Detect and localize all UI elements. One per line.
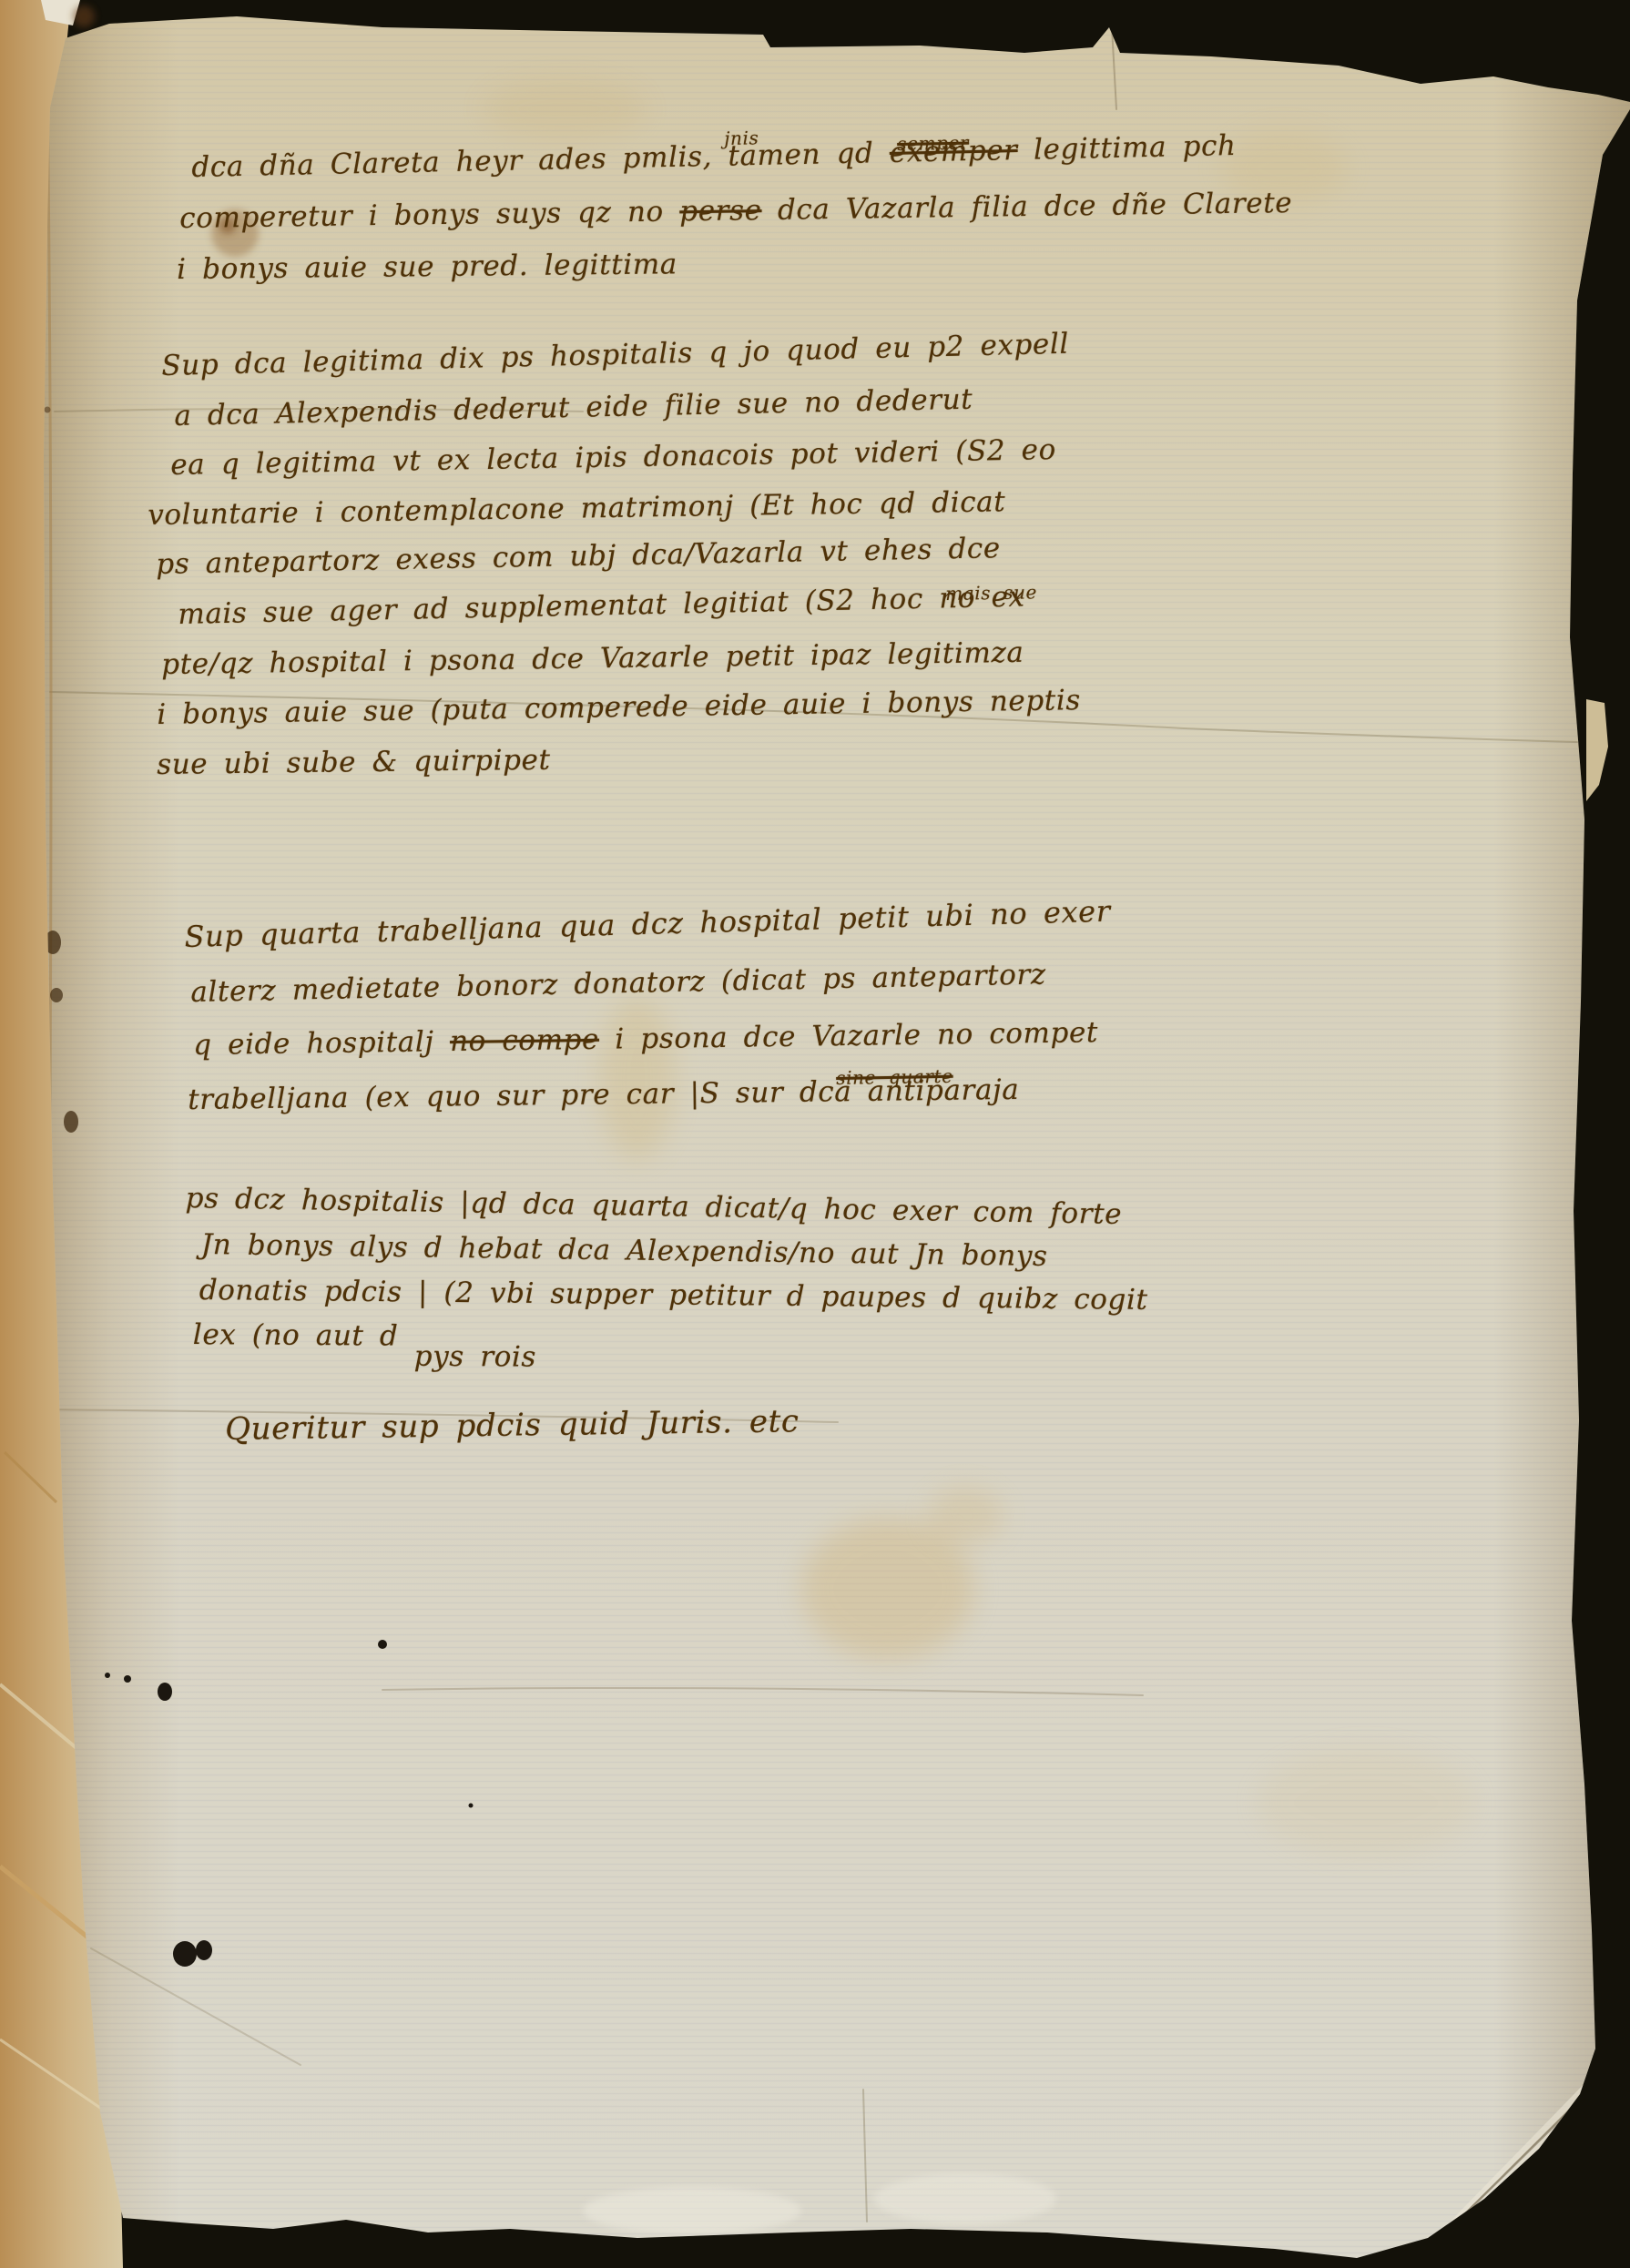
manuscript-page bbox=[0, 0, 1630, 2268]
brown-spot bbox=[211, 209, 259, 257]
laid-texture bbox=[0, 0, 1630, 2268]
corner-smudge bbox=[73, 5, 95, 27]
ink-blot bbox=[173, 1941, 197, 1967]
photograph-of-manuscript: dca dña Clareta heyr ades pmlis, tamen q… bbox=[0, 0, 1630, 2268]
rubbed-edge bbox=[583, 2187, 801, 2234]
ink-blot bbox=[378, 1640, 387, 1649]
manuscript-scene bbox=[0, 0, 1630, 2268]
yellow-stain bbox=[599, 997, 676, 1161]
ink-blot bbox=[158, 1683, 172, 1701]
ink-blot bbox=[124, 1675, 131, 1683]
